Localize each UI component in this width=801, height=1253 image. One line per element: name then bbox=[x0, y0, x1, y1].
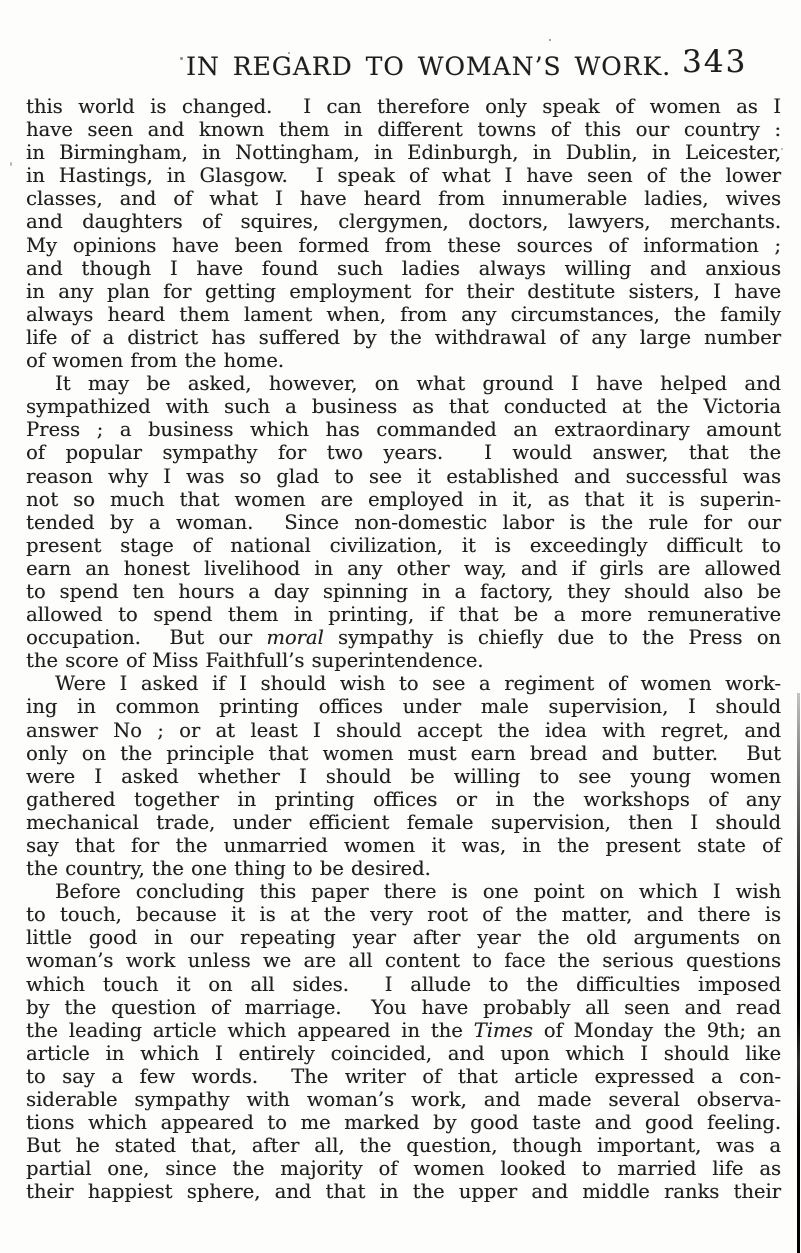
text-line: tions which appeared to me marked by goo… bbox=[26, 1111, 781, 1134]
scan-speck bbox=[10, 162, 12, 166]
text-line: of women from the home. bbox=[26, 349, 781, 372]
scan-speck bbox=[288, 52, 290, 54]
text-line: their happiest sphere, and that in the u… bbox=[26, 1180, 781, 1203]
text-line: ing in common printing offices under mal… bbox=[26, 695, 781, 718]
text-line: gathered together in printing offices or… bbox=[26, 788, 781, 811]
text-line: not so much that women are employed in i… bbox=[26, 488, 781, 511]
text-line: to touch, because it is at the very root… bbox=[26, 903, 781, 926]
text-line: siderable sympathy with woman’s work, an… bbox=[26, 1088, 781, 1111]
scan-speck bbox=[180, 57, 183, 60]
text-line: reason why I was so glad to see it estab… bbox=[26, 465, 781, 488]
text-line: mechanical trade, under efficient female… bbox=[26, 811, 781, 834]
text-line: answer No ; or at least I should accept … bbox=[26, 719, 781, 742]
text-line: in any plan for getting employment for t… bbox=[26, 280, 781, 303]
text-line: the score of Miss Faithfull’s superinten… bbox=[26, 649, 781, 672]
text-line: classes, and of what I have heard from i… bbox=[26, 187, 781, 210]
text-line: It may be asked, however, on what ground… bbox=[26, 372, 781, 395]
text-line: tended by a woman. Since non-domestic la… bbox=[26, 511, 781, 534]
text-line: and daughters of squires, clergymen, doc… bbox=[26, 210, 781, 233]
paragraph: Before concluding this paper there is on… bbox=[26, 880, 781, 1203]
text-line: say that for the unmarried women it was,… bbox=[26, 834, 781, 857]
text-line: allowed to spend them in printing, if th… bbox=[26, 603, 781, 626]
text-line: Were I asked if I should wish to see a r… bbox=[26, 672, 781, 695]
text-line: only on the principle that women must ea… bbox=[26, 742, 781, 765]
text-line: earn an honest livelihood in any other w… bbox=[26, 557, 781, 580]
text-line: article in which I entirely coincided, a… bbox=[26, 1042, 781, 1065]
text-line: the country, the one thing to be desired… bbox=[26, 857, 781, 880]
body-text: this world is changed. I can therefore o… bbox=[26, 95, 781, 1204]
running-title: IN REGARD TO WOMAN’S WORK. bbox=[186, 54, 671, 79]
text-line: little good in our repeating year after … bbox=[26, 926, 781, 949]
text-line: in Hastings, in Glasgow. I speak of what… bbox=[26, 164, 781, 187]
text-line: of popular sympathy for two years. I wou… bbox=[26, 441, 781, 464]
text-line: partial one, since the majority of women… bbox=[26, 1157, 781, 1180]
text-line: Before concluding this paper there is on… bbox=[26, 880, 781, 903]
text-line: sympathized with such a business as that… bbox=[26, 395, 781, 418]
text-line: in Birmingham, in Nottingham, in Edinbur… bbox=[26, 141, 781, 164]
text-line: Press ; a business which has commanded a… bbox=[26, 418, 781, 441]
text-line: to say a few words. The writer of that a… bbox=[26, 1065, 781, 1088]
page-edge-shadow bbox=[797, 693, 800, 1253]
text-line: this world is changed. I can therefore o… bbox=[26, 95, 781, 118]
scan-speck bbox=[549, 39, 551, 41]
page-number: 343 bbox=[682, 47, 747, 78]
text-line: woman’s work unless we are all content t… bbox=[26, 949, 781, 972]
text-line: to spend ten hours a day spinning in a f… bbox=[26, 580, 781, 603]
scan-speck bbox=[781, 148, 783, 150]
text-line: always heard them lament when, from any … bbox=[26, 303, 781, 326]
page-container: IN REGARD TO WOMAN’S WORK. 343 this worl… bbox=[0, 0, 801, 1253]
text-line: My opinions have been formed from these … bbox=[26, 234, 781, 257]
text-line: life of a district has suffered by the w… bbox=[26, 326, 781, 349]
text-line: present stage of national civilization, … bbox=[26, 534, 781, 557]
paragraph: It may be asked, however, on what ground… bbox=[26, 372, 781, 672]
paragraph: this world is changed. I can therefore o… bbox=[26, 95, 781, 372]
text-line: by the question of marriage. You have pr… bbox=[26, 996, 781, 1019]
text-line: the leading article which appeared in th… bbox=[26, 1019, 781, 1042]
text-line: have seen and known them in different to… bbox=[26, 118, 781, 141]
text-line: which touch it on all sides. I allude to… bbox=[26, 973, 781, 996]
text-line: But he stated that, after all, the quest… bbox=[26, 1134, 781, 1157]
text-line: were I asked whether I should be willing… bbox=[26, 765, 781, 788]
text-line: occupation. But our moral sympathy is ch… bbox=[26, 626, 781, 649]
text-line: and though I have found such ladies alwa… bbox=[26, 257, 781, 280]
paragraph: Were I asked if I should wish to see a r… bbox=[26, 672, 781, 880]
